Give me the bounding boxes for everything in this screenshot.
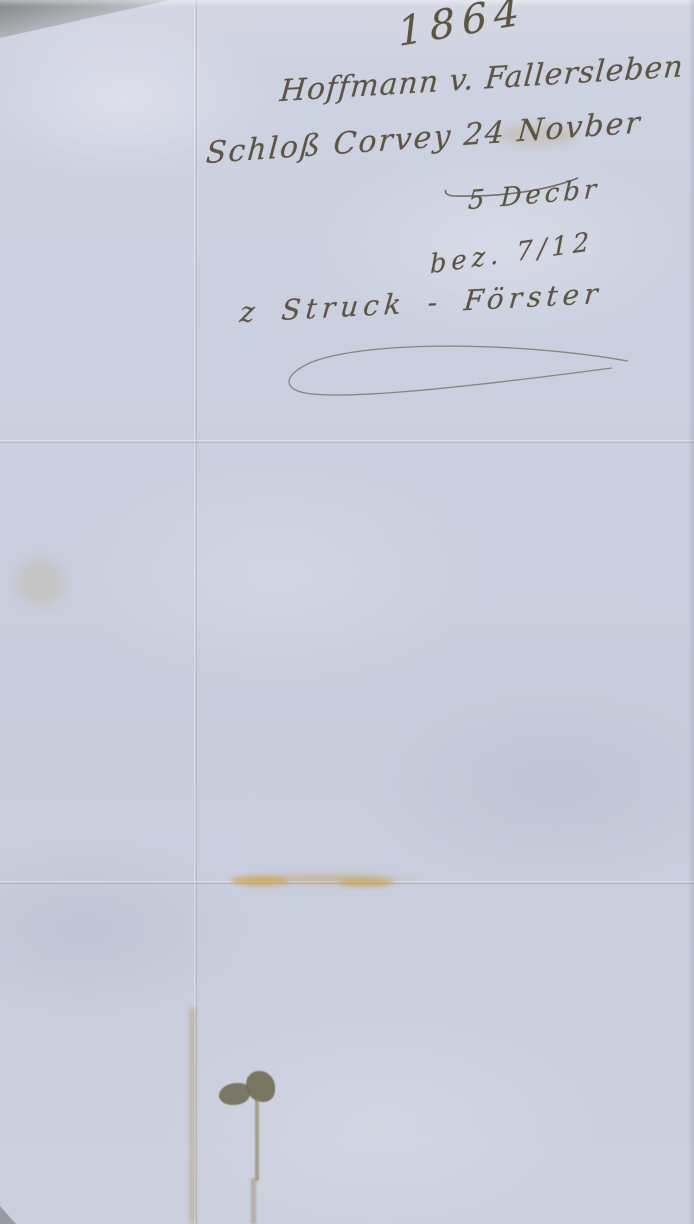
top-edge-highlight bbox=[0, 0, 694, 7]
place-date-text: Schloß Corvey 24 Novber bbox=[205, 105, 643, 171]
bottom-left-corner-shadow bbox=[0, 1194, 16, 1224]
ink-drip-lower bbox=[251, 1178, 256, 1224]
ink-blot-left bbox=[219, 1083, 250, 1105]
right-edge-shadow bbox=[688, 0, 694, 1224]
author-name-text: Hoffmann v. Fallersleben bbox=[279, 49, 685, 109]
upper-horizontal-fold-line bbox=[0, 440, 694, 443]
signature-text: z Struck - Förster bbox=[239, 277, 605, 329]
document-page: 1864 Hoffmann v. Fallersleben Schloß Cor… bbox=[0, 0, 694, 1224]
reply-date-text: 5 Decbr bbox=[467, 174, 601, 216]
lower-horizontal-fold-line bbox=[0, 881, 694, 884]
annotation-text: bez. 7/12 bbox=[430, 227, 594, 280]
year-text: 1864 bbox=[396, 0, 527, 56]
vertical-fold-line bbox=[194, 0, 197, 1224]
fold-stain-band bbox=[225, 871, 425, 887]
ink-drip-upper bbox=[255, 1099, 259, 1181]
faint-left-stain bbox=[16, 558, 64, 606]
ink-blot-right bbox=[246, 1071, 275, 1102]
signature-underline-flourish bbox=[289, 346, 628, 395]
